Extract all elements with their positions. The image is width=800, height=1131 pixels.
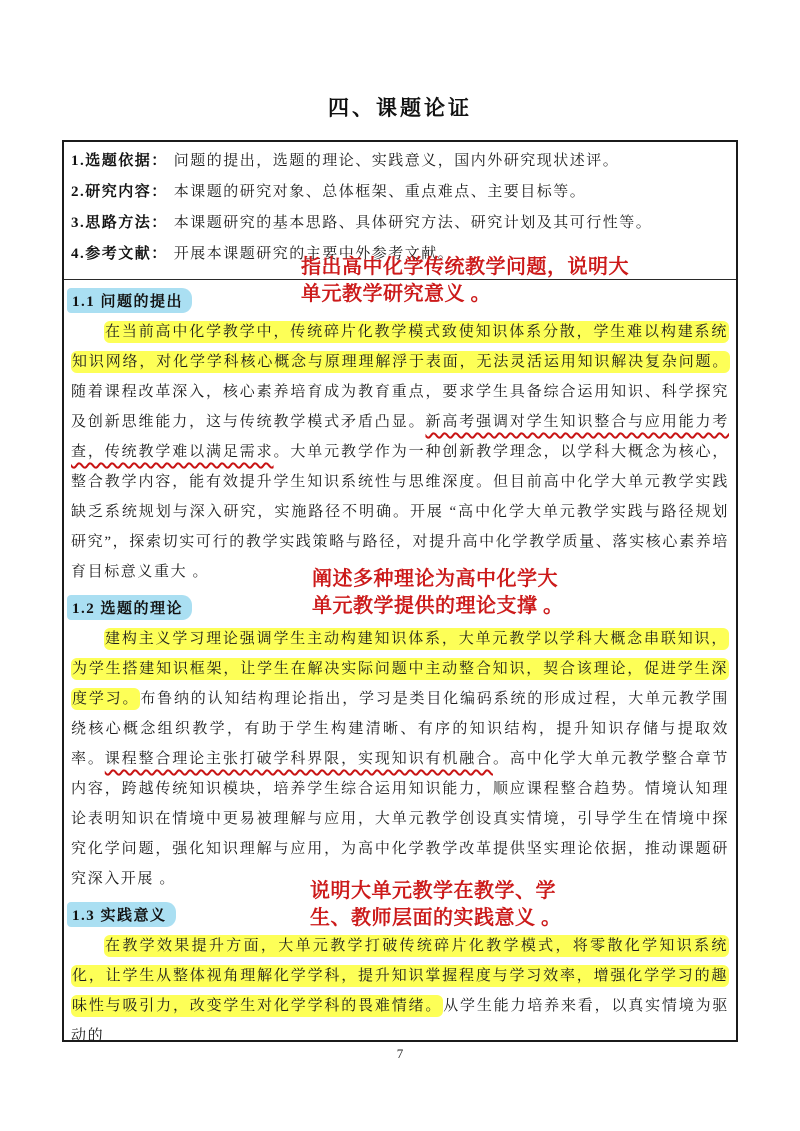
page-number: 7 (0, 1046, 800, 1062)
wavy-underlined-text: 课程整合理论主张打破学科界限，实现知识有机融合 (105, 751, 493, 767)
form-item-label: 4.参考文献： (71, 246, 168, 262)
red-annotation-theory: 阐述多种理论为高中化学大 单元教学提供的理论支撑 。 (312, 566, 564, 620)
section-heading-chip: 1.1 问题的提出 (67, 288, 192, 313)
form-item-approach-method: 3.思路方法：本课题研究的基本思路、具体研究方法、研究计划及其可行性等。 (71, 213, 729, 234)
annotation-line: 单元教学提供的理论支撑 。 (312, 593, 564, 620)
form-item-research-content: 2.研究内容：本课题的研究对象、总体框架、重点难点、主要目标等。 (71, 182, 729, 203)
page-title: 四、课题论证 (0, 92, 800, 122)
annotation-line: 生、教师层面的实践意义 。 (310, 905, 562, 932)
section-problem-statement: 1.1 问题的提出 在当前高中化学教学中，传统碎片化教学模式致使知识体系分散，学… (71, 288, 729, 587)
form-item-selection-basis: 1.选题依据：问题的提出，选题的理论、实践意义，国内外研究现状述评。 (71, 151, 729, 172)
topic-demonstration-box: 1.选题依据：问题的提出，选题的理论、实践意义，国内外研究现状述评。 2.研究内… (62, 140, 738, 1042)
section-heading-chip: 1.2 选题的理论 (67, 595, 192, 620)
form-item-label: 1.选题依据： (71, 153, 168, 169)
section-paragraph: 在教学效果提升方面，大单元教学打破传统碎片化教学模式，将零散化学知识系统化，让学… (71, 931, 729, 1051)
section-theoretical-basis: 1.2 选题的理论 建构主义学习理论强调学生主动构建知识体系，大单元教学以学科大… (71, 595, 729, 894)
red-annotation-practice: 说明大单元教学在教学、学 生、教师层面的实践意义 。 (310, 878, 562, 932)
annotation-line: 指出高中化学传统教学问题，说明大 (301, 254, 629, 281)
form-item-text: 本课题研究的基本思路、具体研究方法、研究计划及其可行性等。 (174, 215, 653, 231)
section-heading-chip: 1.3 实践意义 (67, 902, 176, 927)
text-segment: 。高中化学大单元教学整合章节内容，跨越传统知识模块，培养学生综合运用知识能力，顺… (71, 751, 729, 887)
annotation-line: 阐述多种理论为高中化学大 (312, 566, 564, 593)
text-segment: 。大单元教学作为一种创新教学理念，以学科大概念为核心，整合教学内容，能有效提升学… (71, 444, 729, 580)
annotation-line: 说明大单元教学在教学、学 (310, 878, 562, 905)
form-item-label: 2.研究内容： (71, 184, 168, 200)
red-annotation-problem: 指出高中化学传统教学问题，说明大 单元教学研究意义 。 (301, 254, 629, 308)
section-paragraph: 在当前高中化学教学中，传统碎片化教学模式致使知识体系分散，学生难以构建系统知识网… (71, 317, 729, 587)
annotation-line: 单元教学研究意义 。 (301, 281, 629, 308)
document-page: 四、课题论证 1.选题依据：问题的提出，选题的理论、实践意义，国内外研究现状述评… (0, 0, 800, 1131)
section-paragraph: 建构主义学习理论强调学生主动构建知识体系，大单元教学以学科大概念串联知识，为学生… (71, 624, 729, 894)
highlighted-text: 在当前高中化学教学中，传统碎片化教学模式致使知识体系分散，学生难以构建系统知识网… (71, 321, 730, 373)
form-item-text: 本课题的研究对象、总体框架、重点难点、主要目标等。 (174, 184, 587, 200)
form-item-label: 3.思路方法： (71, 215, 168, 231)
form-item-text: 问题的提出，选题的理论、实践意义，国内外研究现状述评。 (174, 153, 620, 169)
